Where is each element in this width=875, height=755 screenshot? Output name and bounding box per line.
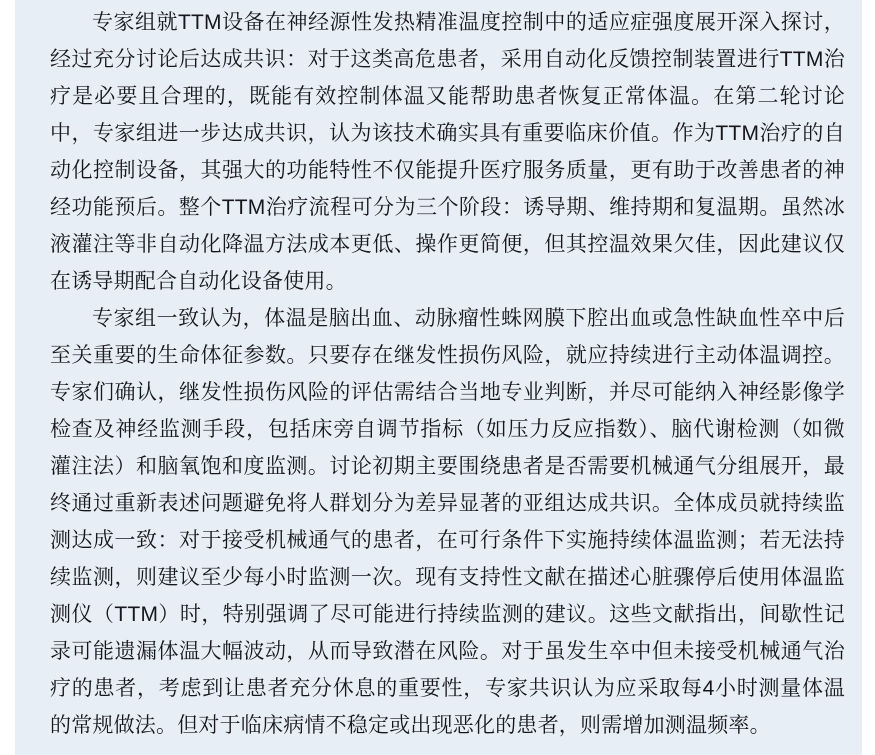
document-text-area: 专家组就TTM设备在神经源性发热精准温度控制中的适应症强度展开深入探讨，经过充分…: [15, 0, 862, 744]
paragraph: 专家组就TTM设备在神经源性发热精准温度控制中的适应症强度展开深入探讨，经过充分…: [50, 4, 845, 300]
paragraph: 专家组一致认为，体温是脑出血、动脉瘤性蛛网膜下腔出血或急性缺血性卒中后至关重要的…: [50, 300, 845, 744]
document-panel: 专家组就TTM设备在神经源性发热精准温度控制中的适应症强度展开深入探讨，经过充分…: [15, 0, 862, 755]
